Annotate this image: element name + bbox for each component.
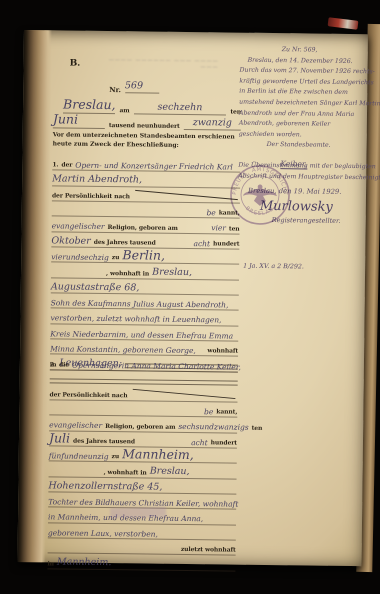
nr-label: Nr. <box>109 86 121 93</box>
bride-birth-month: Juli <box>49 432 70 445</box>
svg-text:BRESLAU: BRESLAU <box>244 206 276 218</box>
item-number: 2. <box>50 363 56 369</box>
document-page: B. ———— ——— —————— ———— ——— Nr. 569 Bres… <box>18 30 368 566</box>
wohnhaft-label-2: wohnhaft <box>207 349 238 355</box>
groom-religion: evangelischer <box>52 223 105 231</box>
die-label: die <box>59 363 69 369</box>
stamp-smudge <box>110 507 166 518</box>
bride-birth-city: Mannheim, <box>122 448 194 461</box>
bride-last-residence: Mannheim. <box>57 558 112 568</box>
margin-ref-line: Zu Nr. 569, <box>282 45 366 57</box>
groom-birth-city: Berlin, <box>122 249 165 262</box>
zuletzt-wohnhaft-label: zuletzt wohnhaft <box>181 547 236 554</box>
am-label: am <box>119 108 129 114</box>
diagonal-stroke <box>130 387 237 400</box>
date-line-1: Breslau, am sechzehn ten <box>63 98 241 115</box>
ten-label: ten <box>229 226 240 232</box>
record-number-line: Nr. 569 <box>109 81 159 93</box>
ten-label: ten <box>252 426 263 432</box>
court-stamp-icon: PREUSS. AMTSGERICHT BRESLAU <box>228 163 293 228</box>
bride-religion: evangelischer <box>49 422 102 430</box>
groom-street: Augustastraße 68, <box>51 282 140 293</box>
be-handwritten: be <box>206 209 215 217</box>
bleedthrough-text: ———— ——— —————— ———— ——— <box>100 57 218 70</box>
groom-occupation-names: Opern- und Konzertsänger Friedrich Karl <box>75 161 233 170</box>
zu-label: zu <box>112 455 120 461</box>
form-letter-label: B. <box>70 59 81 69</box>
date-line-2: Juni tausend neunhundert zwanzig <box>53 113 241 130</box>
groom-parents-4: Minna Konstantin, geborenen George, <box>50 345 196 354</box>
double-rule <box>50 378 238 385</box>
groom-parents-1: Sohn des Kaufmanns Julius August Abendro… <box>51 299 229 309</box>
zu-label: zu <box>112 255 120 261</box>
groom-birth-month: Oktober <box>51 236 90 246</box>
intro-paragraph: Vor dem unterzeichneten Standesbeamten e… <box>53 130 241 151</box>
tausend-neunhundert-label: tausend neunhundert <box>109 123 180 130</box>
bride-street: Hohenzollernstraße 45, <box>48 481 162 492</box>
eagle-icon <box>243 184 277 206</box>
be-handwritten: be <box>204 408 213 416</box>
groom-birth-day: vier <box>211 225 226 233</box>
bride-residence: Breslau, <box>150 467 190 477</box>
divorce-margin-note: Zu Nr. 569, Breslau, den 14. Dezember 19… <box>238 45 366 171</box>
standesbeamte-line: Der Standesbeamte. <box>267 140 365 152</box>
groom-year-tens: vierundsechzig <box>51 253 109 261</box>
item-number: 1. <box>52 163 58 169</box>
persoenlichkeit-label: der Persönlichkeit nach <box>52 193 130 200</box>
religion-geboren-label: Religion, geboren am <box>105 424 175 431</box>
stamp-bottom-text: BRESLAU <box>244 206 276 218</box>
file-reference: 1 Ja. XV. a 2 B/292. <box>243 263 304 271</box>
hundert-label: hundert <box>213 241 239 247</box>
bride-section: 2. die Opernsängerin Anna Maria Charlott… <box>47 355 238 571</box>
wohnhaft-label: , wohnhaft in <box>104 470 147 477</box>
groom-section: 1. der Opern- und Konzertsänger Friedric… <box>50 155 241 372</box>
groom-parents-2: verstorben, zuletzt wohnhaft in Leuenhag… <box>50 315 221 325</box>
in-label: in <box>47 561 54 567</box>
persoenlichkeit-label: der Persönlichkeit nach <box>50 392 128 399</box>
groom-name: Martin Abendroth, <box>52 175 142 186</box>
hundert-label: hundert <box>211 440 237 446</box>
page-edge-stack <box>18 30 52 562</box>
margin-note-line: geschieden worden. <box>239 129 365 141</box>
month-handwritten: Juni <box>53 113 105 128</box>
diagonal-stroke <box>133 188 240 201</box>
groom-residence: Breslau, <box>152 268 192 278</box>
scanned-register-page: B. ———— ——— —————— ———— ——— Nr. 569 Bres… <box>0 0 380 594</box>
nr-value: 569 <box>125 81 159 93</box>
groom-year-hundreds: acht <box>193 240 210 248</box>
kannt-label: kannt, <box>216 410 237 416</box>
bride-year-hundreds: acht <box>191 439 208 447</box>
groom-parents-3: Kreis Niederbarnim, und dessen Ehefrau E… <box>50 330 233 340</box>
bride-occupation-names: Opernsängerin Anna Maria Charlotte Keile… <box>72 361 241 371</box>
jahres-label: des Jahres tausend <box>73 439 135 446</box>
day-handwritten: sechzehn <box>133 102 226 115</box>
wohnhaft-label: , wohnhaft in <box>106 271 149 278</box>
bride-year-tens: fünfundneunzig <box>49 452 109 460</box>
religion-geboren-label: Religion, geboren am <box>107 225 177 232</box>
bride-line-14: in Mannheim. <box>47 554 235 572</box>
bride-parents-3: geborenen Laux, verstorben, <box>48 529 158 538</box>
bookmark-ribbon <box>328 17 359 30</box>
jahres-label: des Jahres tausend <box>94 240 156 247</box>
year-handwritten: zwanzig <box>184 118 241 130</box>
bride-birth-day: sechsundzwanzigs <box>178 423 248 431</box>
der-label: der <box>61 163 72 169</box>
